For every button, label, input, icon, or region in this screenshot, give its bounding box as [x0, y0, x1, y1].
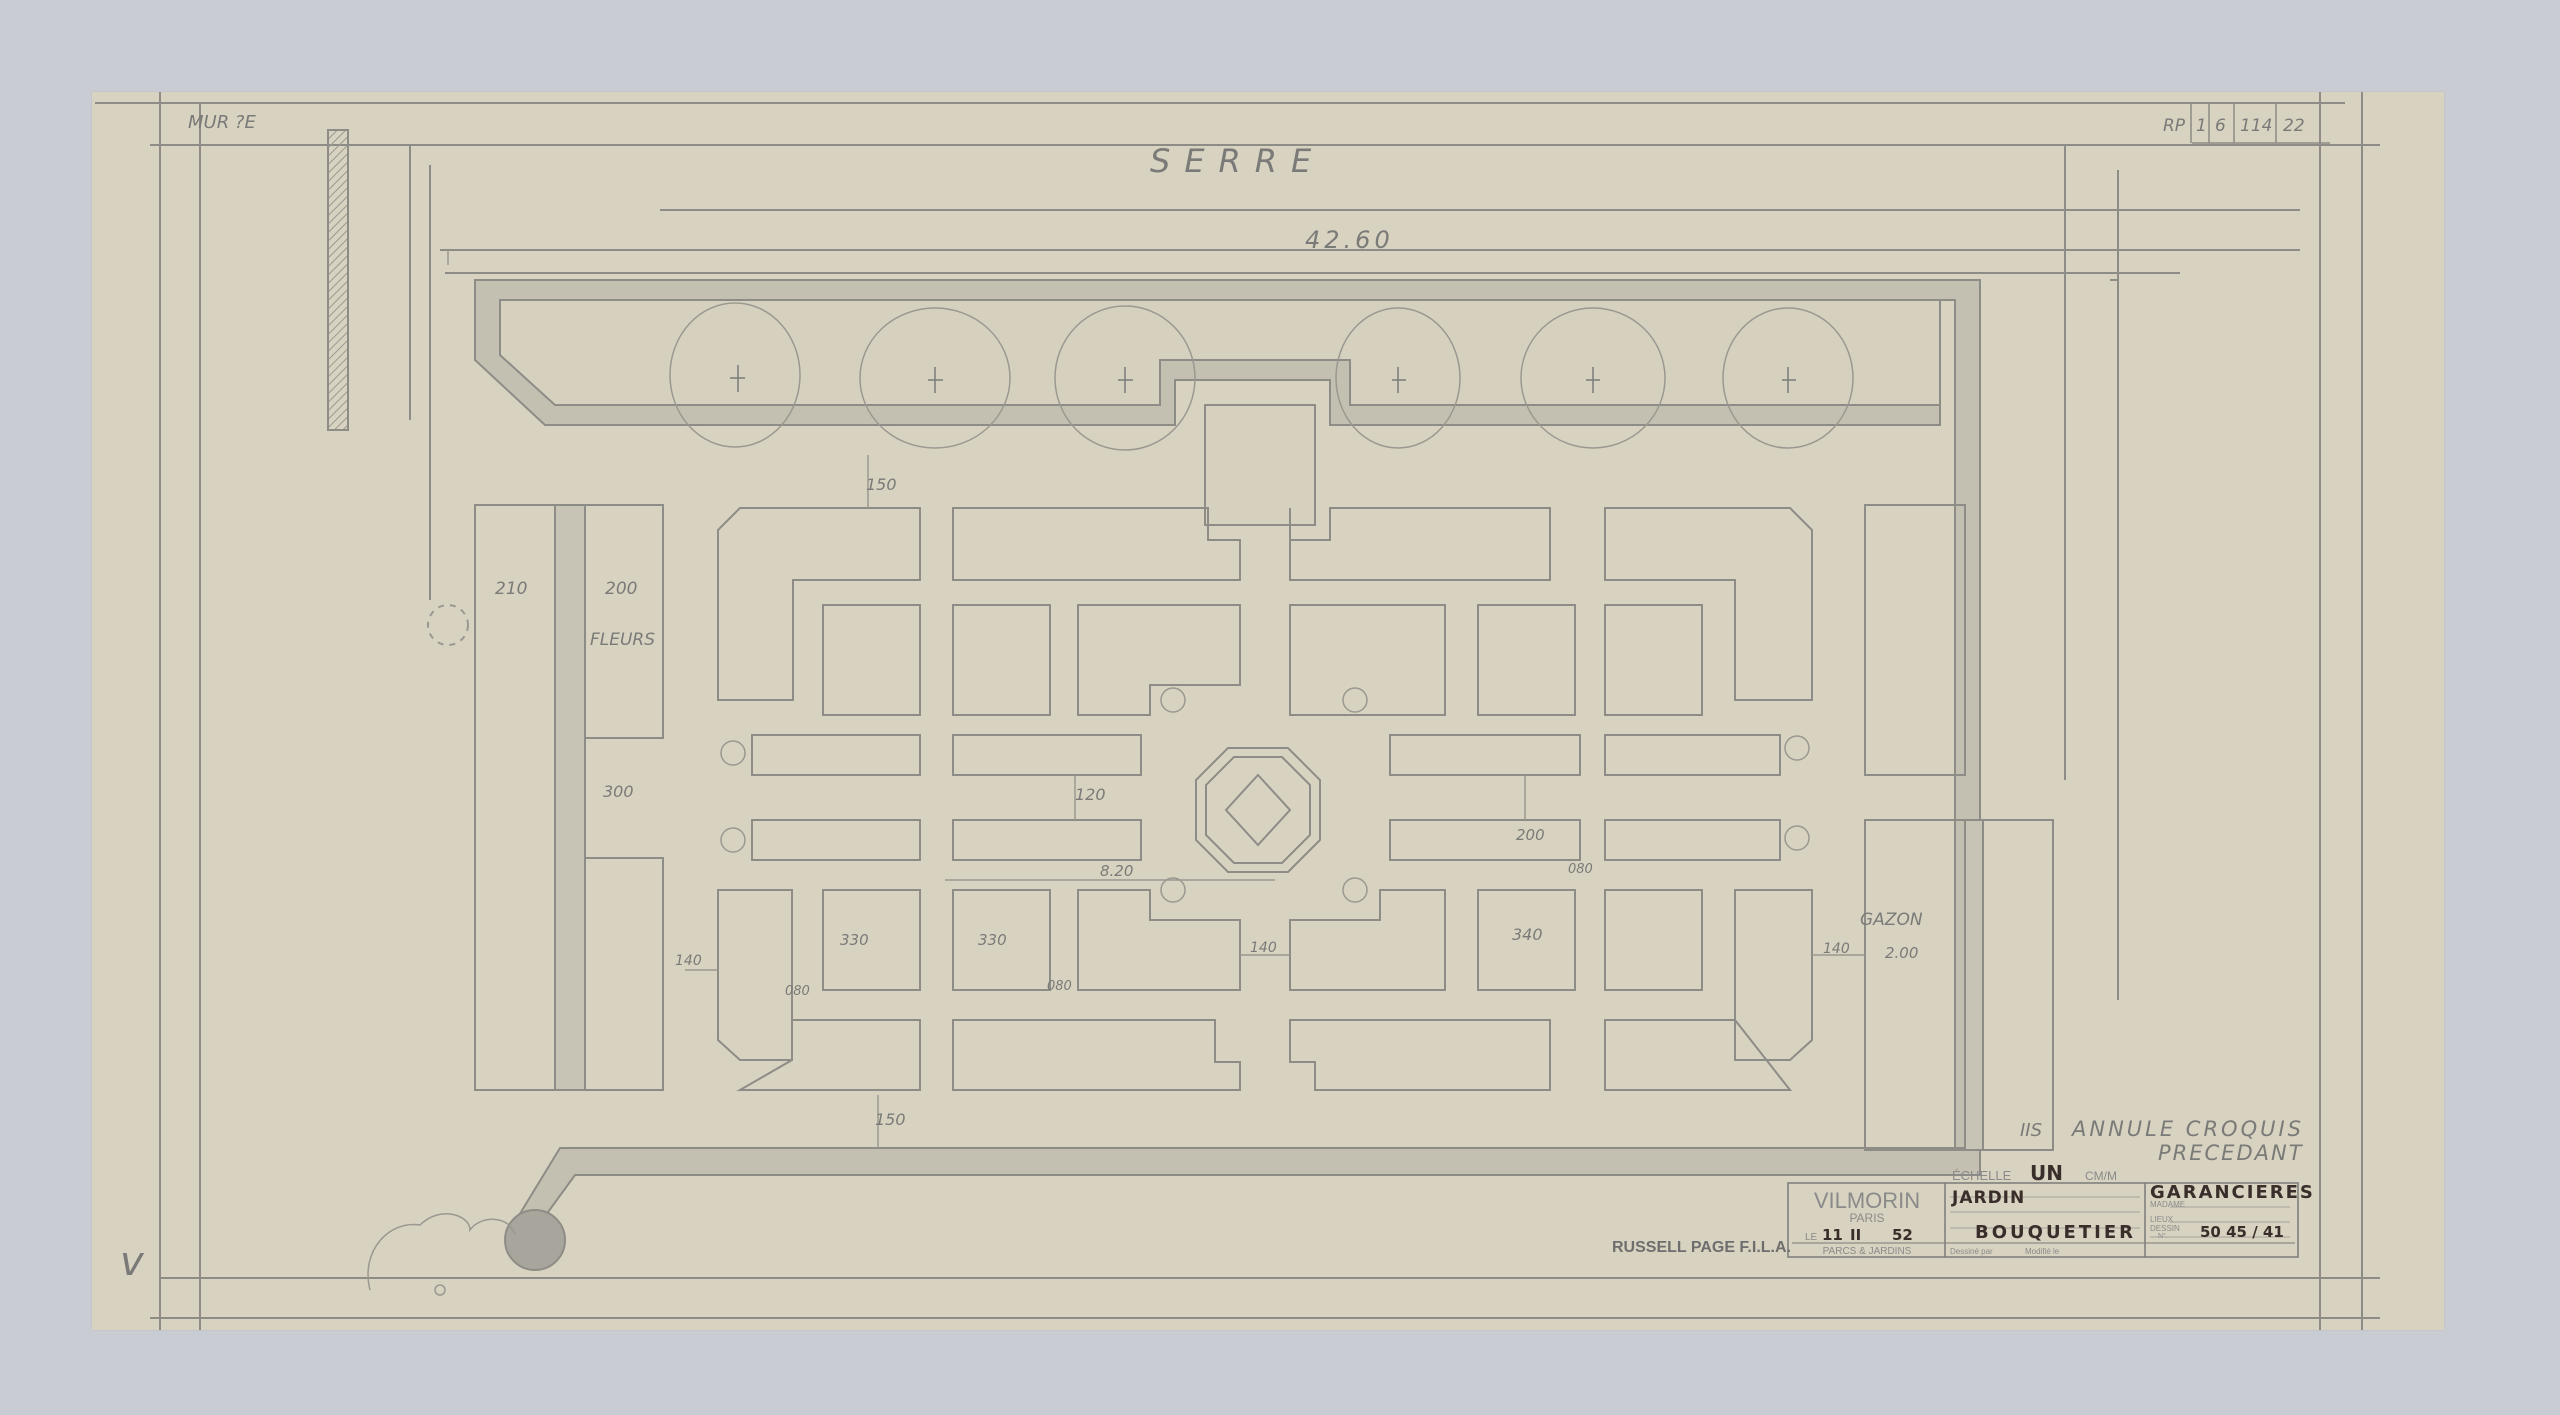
annule-mark: IIS: [2020, 1120, 2042, 1141]
topiary-icon: [1785, 826, 1809, 850]
reference-box: RP 1 6 114 22: [2163, 103, 2330, 143]
wall-label: MUR ?E: [188, 112, 256, 133]
dim-small-gap-a: 080: [785, 984, 810, 999]
parterre: [718, 508, 1812, 1090]
ref-cell-0: RP: [2163, 116, 2186, 136]
dim-right-path-height: 200: [1516, 826, 1545, 844]
department: PARCS & JARDINS: [1823, 1246, 1912, 1257]
lieux-label: LIEUX: [2150, 1215, 2174, 1224]
dim-centre-span: 8.20: [1100, 862, 1133, 880]
topiary-icon: [1785, 736, 1809, 760]
annule-line-1: ANNULE CROQUIS: [2070, 1117, 2304, 1141]
topiary-icon: [721, 741, 745, 765]
topiary-icon: [1343, 878, 1367, 902]
ref-cell-2: 6: [2215, 116, 2226, 136]
marker-icon: [435, 1285, 445, 1295]
designer-signature: RUSSELL PAGE F.I.L.A.: [1612, 1239, 1791, 1256]
dim-row-gap: 120: [1075, 785, 1106, 804]
ref-cell-1: 1: [2196, 116, 2207, 136]
dessine-label: Dessiné par: [1950, 1247, 1993, 1256]
modifie-label: Modifié le: [2025, 1247, 2060, 1256]
dim-centre-path: 140: [1250, 940, 1277, 956]
overall-width-dimension: 42.60: [1305, 226, 1394, 254]
dim-fleurs-gap: 300: [603, 782, 634, 801]
annule-line-2: PRECEDANT: [2158, 1141, 2304, 1165]
dim-bed-a: 330: [840, 931, 869, 949]
dim-side-gap-left: 140: [675, 953, 702, 969]
echelle-label: ÉCHELLE: [1952, 1168, 2012, 1183]
dim-bed-b: 330: [978, 931, 1007, 949]
echelle-unit: CM/M: [2085, 1169, 2117, 1183]
date-prefix: LE: [1805, 1232, 1818, 1243]
dim-fleurs-width: 200: [605, 579, 637, 599]
madame-label: MADAME: [2150, 1200, 2185, 1209]
frame-lines: [95, 92, 2380, 1330]
corner-mark: v: [120, 1239, 145, 1285]
gazon-label: GAZON: [1860, 910, 1923, 930]
dim-right-small-gap: 080: [1568, 862, 1593, 877]
company-name: VILMORIN: [1814, 1188, 1920, 1213]
dim-left-bed-width: 210: [495, 579, 527, 599]
dessin-number: 50 45 / 41: [2200, 1223, 2284, 1241]
ref-cell-4: 22: [2283, 116, 2305, 136]
fountain-basin: [505, 1210, 565, 1270]
date-year: 52: [1892, 1226, 1913, 1244]
dim-bottom-gap: 150: [875, 1110, 906, 1129]
dim-gazon-width: 2.00: [1885, 944, 1918, 962]
serre-label: SERRE: [1150, 142, 1325, 180]
dim-gazon-gap: 140: [1823, 941, 1850, 957]
echelle-value: UN: [2030, 1161, 2063, 1185]
dim-right-bed: 340: [1512, 925, 1543, 944]
topiary-icon: [1161, 688, 1185, 712]
company-city: PARIS: [1849, 1211, 1884, 1225]
fleurs-label: FLEURS: [590, 630, 655, 650]
project-line-1: JARDIN: [1951, 1188, 2025, 1208]
dessin-no-label: N°: [2158, 1232, 2166, 1240]
topiary-icon: [1343, 688, 1367, 712]
hatched-wall: [328, 130, 348, 430]
date-month: II: [1850, 1226, 1861, 1244]
dessin-label: DESSIN: [2150, 1224, 2180, 1233]
date-day: 11: [1822, 1226, 1843, 1244]
dim-small-gap-b: 080: [1047, 979, 1072, 994]
ref-cell-3: 114: [2240, 116, 2272, 136]
topiary-icon: [1161, 878, 1185, 902]
garden-plan-drawing: MUR ?E SERRE 42.60 FLEURS GAZON v 150 15…: [0, 0, 2560, 1415]
dim-top-gap: 150: [866, 475, 897, 494]
project-line-2: BOUQUETIER: [1975, 1222, 2136, 1243]
topiary-icon: [721, 828, 745, 852]
